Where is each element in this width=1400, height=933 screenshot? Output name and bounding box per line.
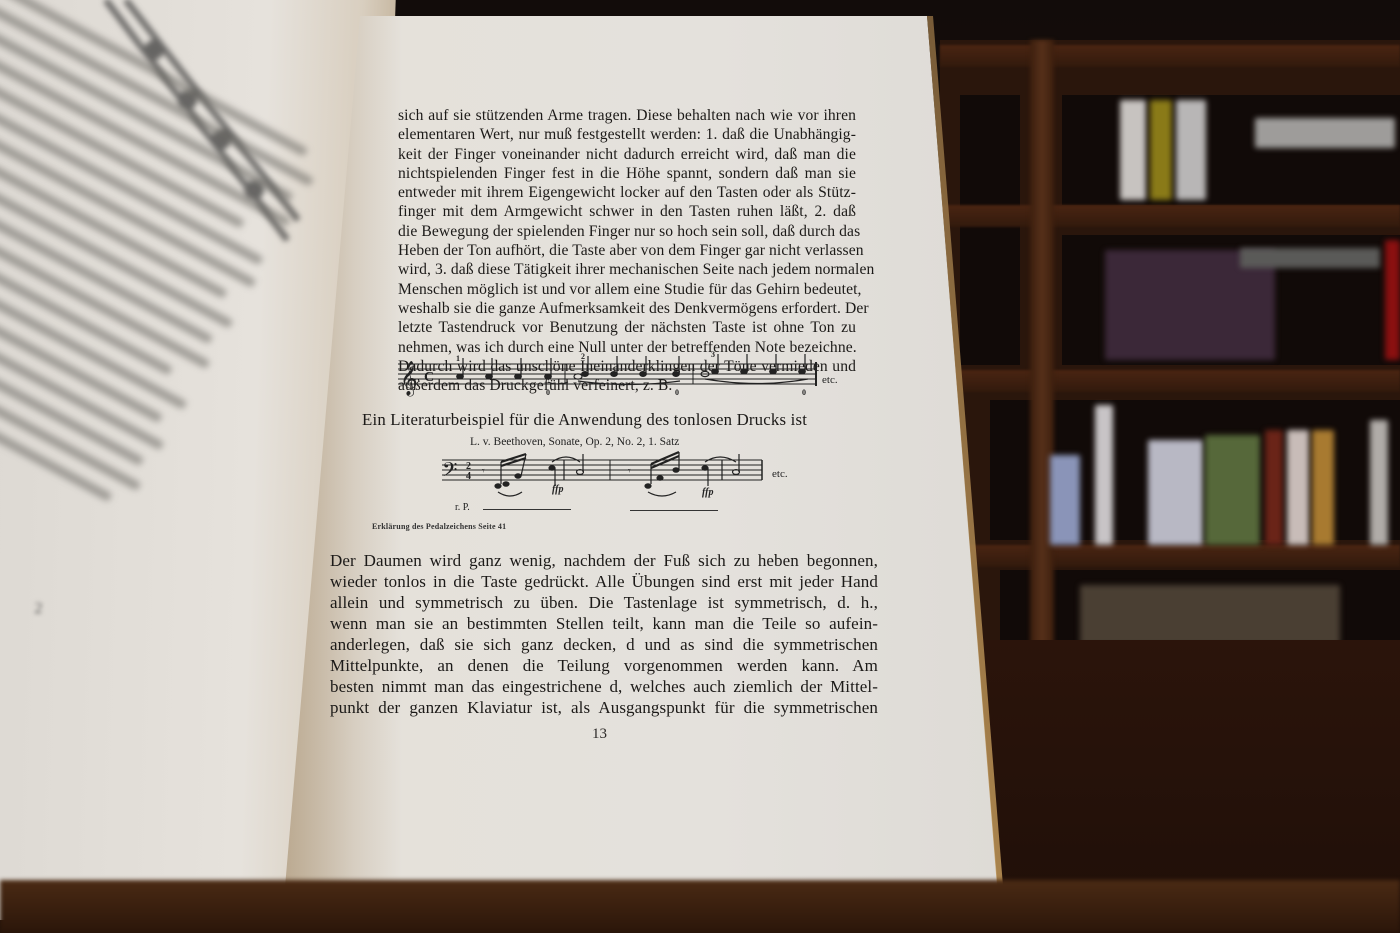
book-spine <box>1240 248 1380 268</box>
beethoven-example-title: L. v. Beethoven, Sonate, Op. 2, No. 2, 1… <box>470 436 679 448</box>
text-line: Heben der Ton aufhört, die Taste aber vo… <box>398 241 856 260</box>
zero-mark: 0 <box>546 388 550 397</box>
text-line: keit der Finger voneinander nicht dadurc… <box>398 145 856 164</box>
text-line: Menschen möglich ist und vor allem eine … <box>398 280 856 299</box>
pedal-line <box>483 509 571 510</box>
dynamic-marking: ffp <box>552 484 563 495</box>
shelf-compartment <box>960 95 1020 365</box>
pedal-label: r. P. <box>455 502 470 513</box>
book-spine <box>1120 100 1146 200</box>
book-spine <box>1287 430 1309 545</box>
book-spine <box>1176 100 1206 200</box>
left-page-mark: 2 <box>34 600 43 618</box>
pedal-footnote: Erklärung des Pedalzeichens Seite 41 <box>372 522 506 531</box>
bass-staff-notation: 𝄢 2 4 𝄾 𝄾 <box>440 450 770 502</box>
text-line: entweder mit ihrem Eigengewicht locker a… <box>398 183 856 202</box>
text-line: wird, 3. daß diese Tätigkeit ihrer mecha… <box>398 260 856 279</box>
shelf-board <box>940 205 1400 227</box>
book-spine <box>1385 240 1400 360</box>
finger-number: 3 <box>711 350 715 359</box>
zero-mark: 0 <box>802 388 806 397</box>
book-spine <box>1148 440 1203 545</box>
paragraph-2: Der Daumen wird ganz wenig, nachdem der … <box>330 550 878 718</box>
book-spine <box>1150 100 1172 200</box>
text-line: allein und symmetrisch zu üben. Die Tast… <box>330 592 878 613</box>
text-line: Mittelpunkte, an denen die Teilung vorge… <box>330 655 878 676</box>
text-line: finger mit dem Armgewicht schwer in den … <box>398 202 856 221</box>
book-cover-bottom-edge <box>0 880 1400 933</box>
text-line: weshalb sie die ganze Aufmerksamkeit des… <box>398 299 856 318</box>
text-line: punkt der ganzen Klaviatur ist, als Ausg… <box>330 697 878 718</box>
etc-label: etc. <box>822 374 838 386</box>
book-spine <box>1255 118 1395 148</box>
book-spine <box>1370 420 1388 545</box>
text-line: anderlegen, daß sie sich ganz decken, d … <box>330 634 878 655</box>
book-spine <box>1205 435 1260 545</box>
book-spine <box>1080 585 1340 645</box>
book-spine <box>1095 405 1113 545</box>
shelf-post <box>1030 40 1054 660</box>
text-line: sich auf sie stützenden Arme tragen. Die… <box>398 106 856 125</box>
etc-label: etc. <box>772 468 788 480</box>
book-spine <box>1265 430 1283 545</box>
shelf-compartment <box>1062 95 1400 205</box>
pedal-line <box>630 510 718 511</box>
text-line: die Bewegung der spielenden Finger nur s… <box>398 222 856 241</box>
book-spine <box>1312 430 1334 545</box>
svg-text:4: 4 <box>466 471 471 482</box>
music-example-treble: 𝄞 C 1 2 3 0 0 0 etc. <box>398 352 818 402</box>
text-line: besten nimmt man das eingestrichene d, w… <box>330 676 878 697</box>
svg-text:𝄢: 𝄢 <box>442 460 457 486</box>
finger-number: 1 <box>456 354 460 363</box>
page-number: 13 <box>592 726 607 743</box>
book-spine <box>1050 455 1080 545</box>
svg-text:𝄞: 𝄞 <box>400 361 418 397</box>
shelf-board <box>940 45 1400 67</box>
text-line: wenn man sie an bestimmten Stellen teilt… <box>330 613 878 634</box>
text-line: letzte Tastendruck vor Benutzung der näc… <box>398 318 856 337</box>
text-line: wieder tonlos in die Taste gedrückt. All… <box>330 571 878 592</box>
shelf-board <box>940 545 1400 567</box>
shelf-board <box>940 370 1400 392</box>
treble-staff-notation: 𝄞 C <box>398 352 818 402</box>
svg-text:C: C <box>424 370 434 385</box>
music-example-bass: 𝄢 2 4 𝄾 𝄾 <box>440 450 770 500</box>
text-line: nichtspielenden Finger fest in die Höhe … <box>398 164 856 183</box>
text-line: Der Daumen wird ganz wenig, nachdem der … <box>330 550 878 571</box>
finger-number: 2 <box>581 352 585 361</box>
dynamic-marking: ffp <box>702 487 713 498</box>
svg-text:𝄾: 𝄾 <box>628 466 631 477</box>
zero-mark: 0 <box>675 388 679 397</box>
text-line: elementaren Wert, nur muß festgestellt w… <box>398 125 856 144</box>
example-caption: Ein Literaturbeispiel für die Anwendung … <box>362 410 807 430</box>
svg-text:𝄾: 𝄾 <box>482 466 485 477</box>
